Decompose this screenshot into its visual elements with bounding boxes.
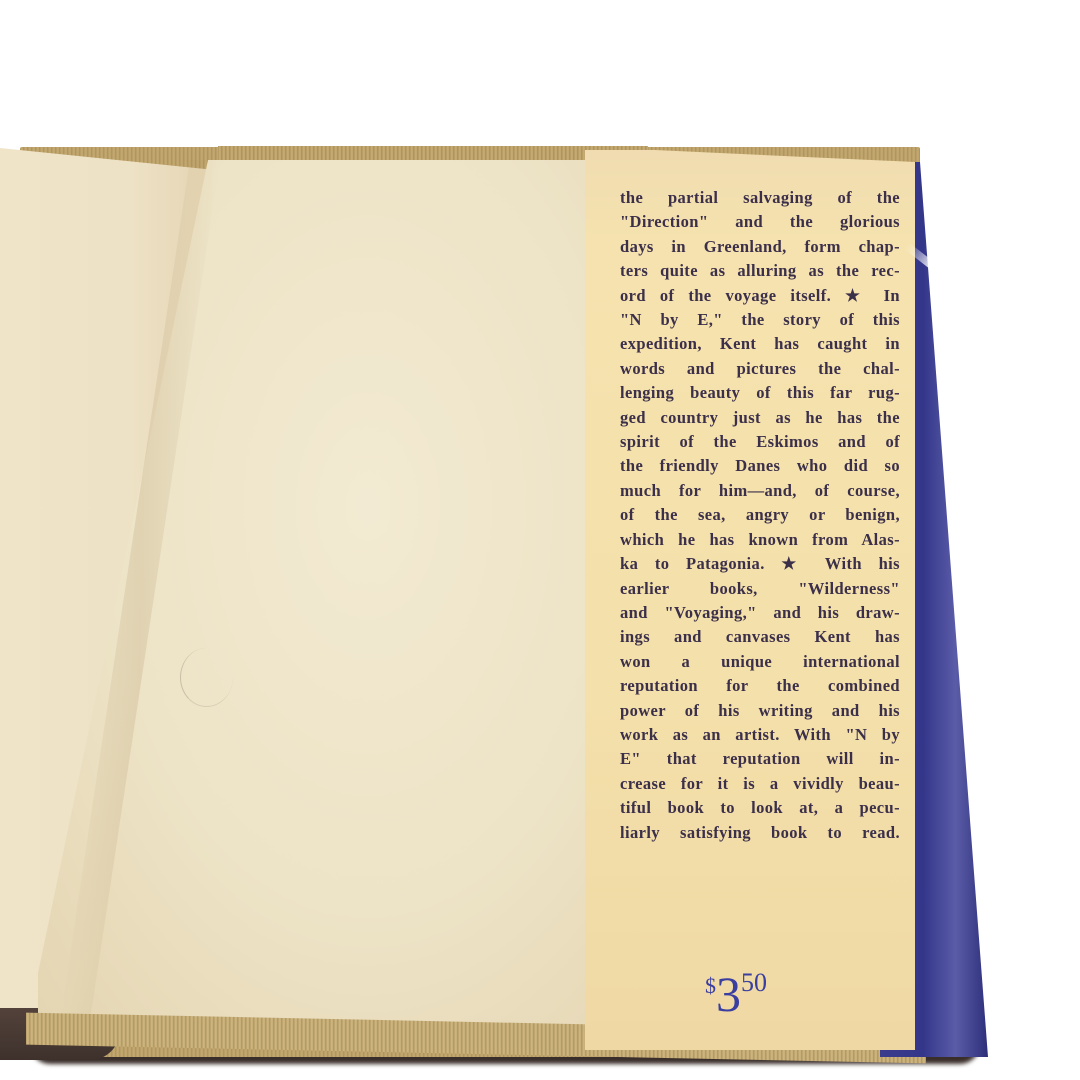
blurb-line: won a unique international [620, 650, 900, 674]
blurb-line: days in Greenland, form chap- [620, 235, 900, 259]
blurb-line: expedition, Kent has caught in [620, 332, 900, 356]
blurb-line: reputation for the combined [620, 674, 900, 698]
blurb-line: much for him—and, of course, [620, 479, 900, 503]
blurb-line: power of his writing and his [620, 699, 900, 723]
price-label: $350 [705, 965, 767, 1023]
blurb-line: "Direction" and the glorious [620, 210, 900, 234]
cloth-board-top-edge [218, 146, 648, 160]
blurb-line: words and pictures the chal- [620, 357, 900, 381]
blurb-line: the friendly Danes who did so [620, 454, 900, 478]
price-dollar-sign: $ [705, 973, 716, 998]
price-dollars: 3 [716, 966, 741, 1022]
blurb-line: of the sea, angry or benign, [620, 503, 900, 527]
book-photo: the partial salvaging of the "Direction"… [0, 0, 1080, 1080]
blurb-line: the partial salvaging of the [620, 186, 900, 210]
blurb-line: ged country just as he has the [620, 406, 900, 430]
blurb-line: ka to Patagonia. ★ With his [620, 552, 900, 576]
blurb-line: ord of the voyage itself. ★ In [620, 284, 900, 308]
flap-blurb: the partial salvaging of the "Direction"… [620, 186, 900, 845]
blurb-line: tiful book to look at, a pecu- [620, 796, 900, 820]
price-cents: 50 [741, 968, 767, 997]
blurb-line: ters quite as alluring as the rec- [620, 259, 900, 283]
blurb-line: liarly satisfying book to read. [620, 821, 900, 845]
blurb-line: E" that reputation will in- [620, 747, 900, 771]
ring-stain [180, 648, 233, 707]
blurb-line: ings and canvases Kent has [620, 625, 900, 649]
blurb-line: and "Voyaging," and his draw- [620, 601, 900, 625]
blurb-line: which he has known from Alas- [620, 528, 900, 552]
blurb-line: "N by E," the story of this [620, 308, 900, 332]
blurb-line: crease for it is a vividly beau- [620, 772, 900, 796]
blurb-line: lenging beauty of this far rug- [620, 381, 900, 405]
blurb-line: earlier books, "Wilderness" [620, 577, 900, 601]
blurb-line: work as an artist. With "N by [620, 723, 900, 747]
blurb-line: spirit of the Eskimos and of [620, 430, 900, 454]
